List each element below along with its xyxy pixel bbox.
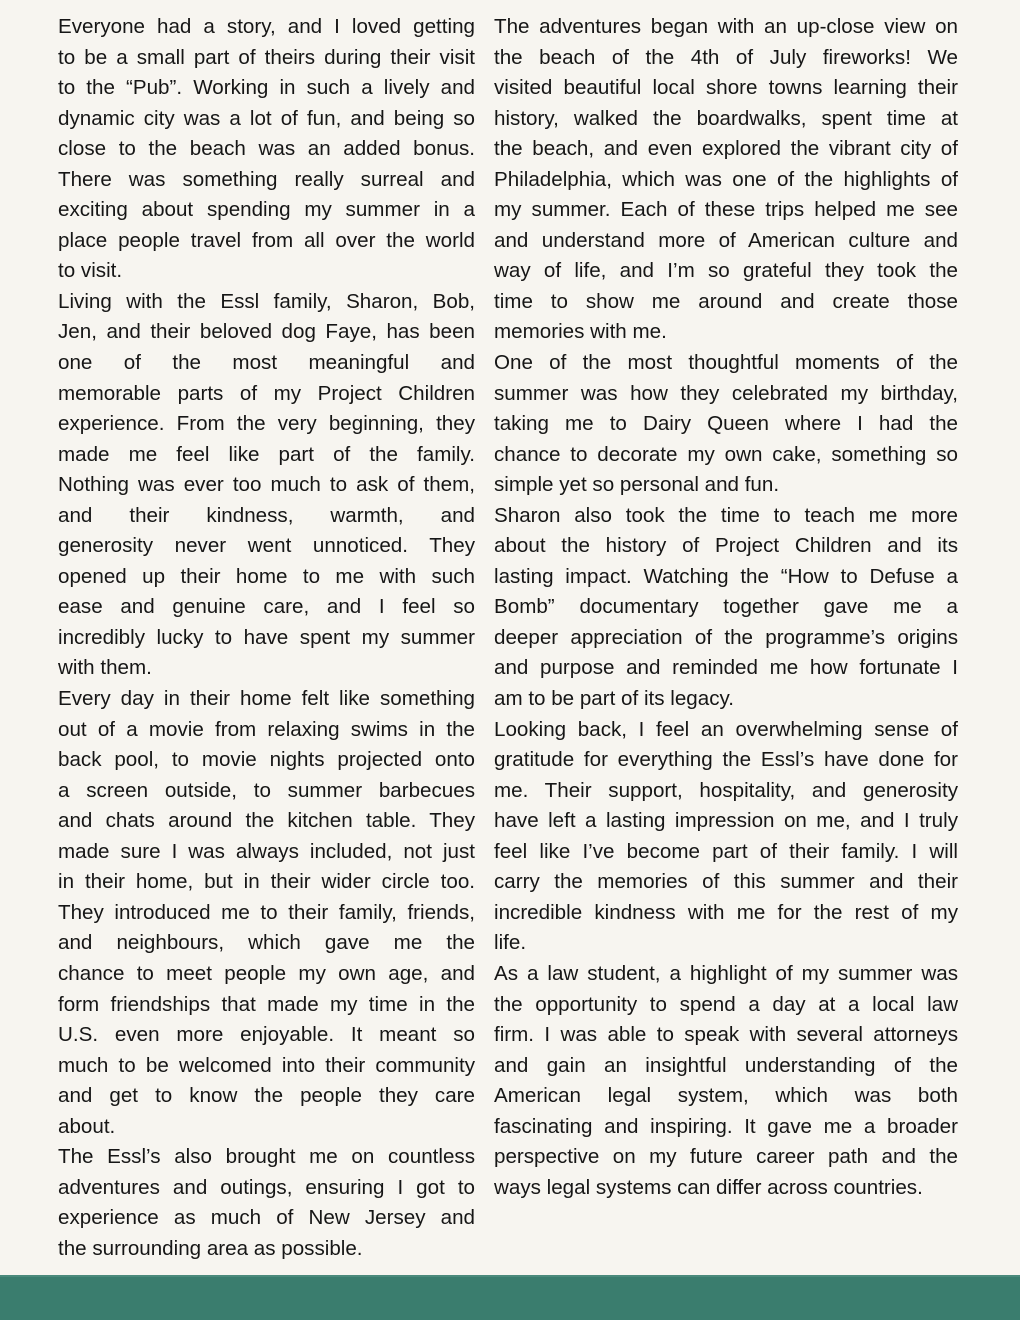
text-line: a screen outside, to summer barbecues bbox=[58, 776, 475, 807]
footer-color-band bbox=[0, 1275, 1020, 1320]
paragraph-birthday: One of the most thoughtful moments of th… bbox=[494, 348, 958, 501]
text-line: American legal system, which was both bbox=[494, 1081, 958, 1112]
text-line: and neighbours, which gave me the bbox=[58, 928, 475, 959]
text-line: feel like I’ve become part of their fami… bbox=[494, 837, 958, 868]
text-line: about the history of Project Children an… bbox=[494, 531, 958, 562]
text-line: chance to decorate my own cake, somethin… bbox=[494, 440, 958, 471]
text-line: made sure I was always included, not jus… bbox=[58, 837, 475, 868]
text-line: dynamic city was a lot of fun, and being… bbox=[58, 104, 475, 135]
text-line: exciting about spending my summer in a bbox=[58, 195, 475, 226]
text-line: gratitude for everything the Essl’s have… bbox=[494, 745, 958, 776]
text-line: firm. I was able to speak with several a… bbox=[494, 1020, 958, 1051]
text-line: summer was how they celebrated my birthd… bbox=[494, 379, 958, 410]
text-line: experience as much of New Jersey and bbox=[58, 1203, 475, 1234]
text-line: life. bbox=[494, 928, 958, 959]
text-line: incredible kindness with me for the rest… bbox=[494, 898, 958, 929]
text-line: the opportunity to spend a day at a loca… bbox=[494, 990, 958, 1021]
text-line: ease and genuine care, and I feel so bbox=[58, 592, 475, 623]
text-line: generosity never went unnoticed. They bbox=[58, 531, 475, 562]
left-column: Everyone had a story, and I loved gettin… bbox=[58, 12, 475, 1264]
text-line: Sharon also took the time to teach me mo… bbox=[494, 501, 958, 532]
text-line: have left a lasting impression on me, an… bbox=[494, 806, 958, 837]
text-line: the surrounding area as possible. bbox=[58, 1234, 475, 1265]
text-line: ways legal systems can differ across cou… bbox=[494, 1173, 958, 1204]
text-line: Philadelphia, which was one of the highl… bbox=[494, 165, 958, 196]
text-line: chance to meet people my own age, and bbox=[58, 959, 475, 990]
paragraph-every-day: Every day in their home felt like someth… bbox=[58, 684, 475, 1142]
text-line: lasting impact. Watching the “How to Def… bbox=[494, 562, 958, 593]
text-line: memorable parts of my Project Children bbox=[58, 379, 475, 410]
text-line: made me feel like part of the family. bbox=[58, 440, 475, 471]
text-line: to visit. bbox=[58, 256, 475, 287]
text-line: Living with the Essl family, Sharon, Bob… bbox=[58, 287, 475, 318]
text-line: visited beautiful local shore towns lear… bbox=[494, 73, 958, 104]
text-line: one of the most meaningful and bbox=[58, 348, 475, 379]
text-line: Every day in their home felt like someth… bbox=[58, 684, 475, 715]
text-line: to be a small part of theirs during thei… bbox=[58, 43, 475, 74]
text-line: to the “Pub”. Working in such a lively a… bbox=[58, 73, 475, 104]
paragraph-looking-back: Looking back, I feel an overwhelming sen… bbox=[494, 715, 958, 959]
text-line: perspective on my future career path and… bbox=[494, 1142, 958, 1173]
text-line: taking me to Dairy Queen where I had the bbox=[494, 409, 958, 440]
text-line: and their kindness, warmth, and bbox=[58, 501, 475, 532]
text-line: time to show me around and create those bbox=[494, 287, 958, 318]
document-page: Everyone had a story, and I loved gettin… bbox=[0, 0, 1020, 1275]
text-line: and chats around the kitchen table. They bbox=[58, 806, 475, 837]
text-line: The Essl’s also brought me on countless bbox=[58, 1142, 475, 1173]
text-line: and gain an insightful understanding of … bbox=[494, 1051, 958, 1082]
text-line: Bomb” documentary together gave me a bbox=[494, 592, 958, 623]
paragraph-adventures-outings: The Essl’s also brought me on countless … bbox=[58, 1142, 475, 1264]
text-line: U.S. even more enjoyable. It meant so bbox=[58, 1020, 475, 1051]
text-line: Looking back, I feel an overwhelming sen… bbox=[494, 715, 958, 746]
text-line: deeper appreciation of the programme’s o… bbox=[494, 623, 958, 654]
text-line: incredibly lucky to have spent my summer bbox=[58, 623, 475, 654]
text-line: close to the beach was an added bonus. bbox=[58, 134, 475, 165]
text-line: memories with me. bbox=[494, 317, 958, 348]
text-line: my summer. Each of these trips helped me… bbox=[494, 195, 958, 226]
text-line: Everyone had a story, and I loved gettin… bbox=[58, 12, 475, 43]
text-line: back pool, to movie nights projected ont… bbox=[58, 745, 475, 776]
text-line: One of the most thoughtful moments of th… bbox=[494, 348, 958, 379]
text-line: am to be part of its legacy. bbox=[494, 684, 958, 715]
text-line: and get to know the people they care bbox=[58, 1081, 475, 1112]
text-line: way of life, and I’m so grateful they to… bbox=[494, 256, 958, 287]
text-line: carry the memories of this summer and th… bbox=[494, 867, 958, 898]
text-line: and understand more of American culture … bbox=[494, 226, 958, 257]
text-line: opened up their home to me with such bbox=[58, 562, 475, 593]
text-line: place people travel from all over the wo… bbox=[58, 226, 475, 257]
paragraph-living-with-essl: Living with the Essl family, Sharon, Bob… bbox=[58, 287, 475, 684]
text-line: much to be welcomed into their community bbox=[58, 1051, 475, 1082]
text-line: form friendships that made my time in th… bbox=[58, 990, 475, 1021]
paragraph-fireworks: The adventures began with an up-close vi… bbox=[494, 12, 958, 348]
right-column: The adventures began with an up-close vi… bbox=[494, 12, 958, 1203]
text-line: There was something really surreal and bbox=[58, 165, 475, 196]
paragraph-law-student: As a law student, a highlight of my summ… bbox=[494, 959, 958, 1203]
text-line: experience. From the very beginning, the… bbox=[58, 409, 475, 440]
text-line: fascinating and inspiring. It gave me a … bbox=[494, 1112, 958, 1143]
paragraph-pub-story: Everyone had a story, and I loved gettin… bbox=[58, 12, 475, 287]
text-line: As a law student, a highlight of my summ… bbox=[494, 959, 958, 990]
paragraph-project-children-history: Sharon also took the time to teach me mo… bbox=[494, 501, 958, 715]
text-line: out of a movie from relaxing swims in th… bbox=[58, 715, 475, 746]
text-line: in their home, but in their wider circle… bbox=[58, 867, 475, 898]
text-line: history, walked the boardwalks, spent ti… bbox=[494, 104, 958, 135]
text-line: Jen, and their beloved dog Faye, has bee… bbox=[58, 317, 475, 348]
text-line: simple yet so personal and fun. bbox=[494, 470, 958, 501]
text-line: The adventures began with an up-close vi… bbox=[494, 12, 958, 43]
text-line: the beach, and even explored the vibrant… bbox=[494, 134, 958, 165]
text-line: adventures and outings, ensuring I got t… bbox=[58, 1173, 475, 1204]
text-line: me. Their support, hospitality, and gene… bbox=[494, 776, 958, 807]
text-line: with them. bbox=[58, 653, 475, 684]
text-line: They introduced me to their family, frie… bbox=[58, 898, 475, 929]
text-line: Nothing was ever too much to ask of them… bbox=[58, 470, 475, 501]
text-line: and purpose and reminded me how fortunat… bbox=[494, 653, 958, 684]
text-line: about. bbox=[58, 1112, 475, 1143]
text-line: the beach of the 4th of July fireworks! … bbox=[494, 43, 958, 74]
